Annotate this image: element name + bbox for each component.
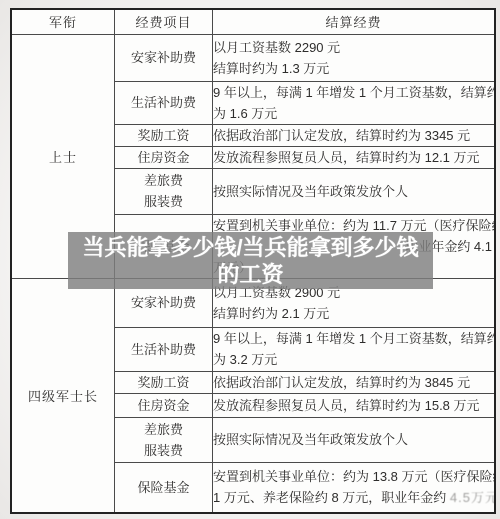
rank-cell: 四级军士长 — [11, 278, 115, 513]
expense-item-cell: 住房资金 — [115, 393, 213, 417]
expense-item-label: 服装费 — [115, 191, 212, 212]
expense-item-cell: 保险基金 — [115, 462, 213, 513]
settlement-text: 1 万元、养老保险约 8 万元，职业年金约 — [213, 490, 450, 505]
settlement-line: 结算时约为 2.1 万元 — [213, 303, 494, 324]
expense-item-label: 安家补助费 — [115, 47, 212, 68]
settlement-cell: 按照实际情况及当年政策发放个人 — [213, 417, 496, 462]
expense-item-label: 生活补助费 — [115, 92, 212, 113]
watermark-obscured-text: 4.5万元） — [450, 490, 495, 505]
expense-item-label: 差旅费 — [115, 419, 212, 440]
expense-item-cell: 奖励工资 — [115, 124, 213, 146]
settlement-line: 按照实际情况及当年政策发放个人 — [213, 429, 494, 450]
settlement-line: 依据政治部门认定发放，结算时约为 3345 元 — [213, 125, 494, 146]
settlement-cell: 依据政治部门认定发放，结算时约为 3845 元 — [213, 371, 496, 393]
settlement-cell: 发放流程参照复员人员，结算时约为 12.1 万元 — [213, 146, 496, 168]
expense-item-cell: 住房资金 — [115, 146, 213, 168]
settlement-line: 为 3.2 万元 — [213, 349, 494, 370]
table-row: 上士安家补助费以月工资基数 2290 元结算时约为 1.3 万元 — [11, 34, 495, 81]
settlement-cell: 9 年以上，每满 1 年增发 1 个月工资基数，结算约为 3.2 万元 — [213, 327, 496, 371]
caption-overlay: 当兵能拿多少钱/当兵能拿到多少钱 的工资 — [68, 232, 433, 289]
expense-item-label: 保险基金 — [115, 477, 212, 498]
header-rank: 军衔 — [11, 9, 115, 34]
settlement-line: 发放流程参照复员人员，结算时约为 12.1 万元 — [213, 147, 494, 168]
expense-item-cell: 差旅费服装费 — [115, 168, 213, 214]
expense-item-label: 安家补助费 — [115, 292, 212, 313]
settlement-line: 安置到机关事业单位：约为 13.8 万元（医疗保险约 — [213, 466, 494, 487]
expense-item-label: 奖励工资 — [115, 372, 212, 393]
settlement-line: 结算时约为 1.3 万元 — [213, 58, 494, 79]
header-item: 经费项目 — [115, 9, 213, 34]
settlement-line: 9 年以上，每满 1 年增发 1 个月工资基数，结算约 — [213, 328, 494, 349]
settlement-cell: 发放流程参照复员人员，结算时约为 15.8 万元 — [213, 393, 496, 417]
expense-item-cell: 生活补助费 — [115, 81, 213, 124]
settlement-line: 为 1.6 万元 — [213, 103, 494, 124]
settlement-line: 以月工资基数 2290 元 — [213, 37, 494, 58]
settlement-line: 依据政治部门认定发放，结算时约为 3845 元 — [213, 372, 494, 393]
expense-item-cell: 生活补助费 — [115, 327, 213, 371]
caption-line-1: 当兵能拿多少钱/当兵能拿到多少钱 — [82, 234, 418, 261]
settlement-cell: 以月工资基数 2290 元结算时约为 1.3 万元 — [213, 34, 496, 81]
header-row: 军衔 经费项目 结算经费 — [11, 9, 495, 34]
header-settlement: 结算经费 — [213, 9, 496, 34]
expense-item-cell: 差旅费服装费 — [115, 417, 213, 462]
expense-item-cell: 奖励工资 — [115, 371, 213, 393]
expense-item-label: 住房资金 — [115, 147, 212, 168]
settlement-cell: 按照实际情况及当年政策发放个人 — [213, 168, 496, 214]
settlement-cell: 依据政治部门认定发放，结算时约为 3345 元 — [213, 124, 496, 146]
settlement-line: 9 年以上，每满 1 年增发 1 个月工资基数，结算约 — [213, 82, 494, 103]
settlement-line: 按照实际情况及当年政策发放个人 — [213, 181, 494, 202]
expense-item-cell: 安家补助费 — [115, 34, 213, 81]
expense-item-label: 住房资金 — [115, 395, 212, 416]
settlement-cell: 9 年以上，每满 1 年增发 1 个月工资基数，结算约为 1.6 万元 — [213, 81, 496, 124]
screenshot-root: { "overlay": { "line1": "当兵能拿多少钱/当兵能拿到多少… — [0, 0, 500, 519]
table-header: 军衔 经费项目 结算经费 — [11, 9, 495, 34]
expense-item-label: 奖励工资 — [115, 125, 212, 146]
expense-item-label: 差旅费 — [115, 170, 212, 191]
settlement-cell: 安置到机关事业单位：约为 13.8 万元（医疗保险约1 万元、养老保险约 8 万… — [213, 462, 496, 513]
settlement-line: 发放流程参照复员人员，结算时约为 15.8 万元 — [213, 395, 494, 416]
expense-item-label: 服装费 — [115, 440, 212, 461]
caption-line-2: 的工资 — [217, 261, 283, 288]
settlement-line: 1 万元、养老保险约 8 万元，职业年金约 4.5万元） — [213, 487, 494, 508]
expense-item-label: 生活补助费 — [115, 339, 212, 360]
